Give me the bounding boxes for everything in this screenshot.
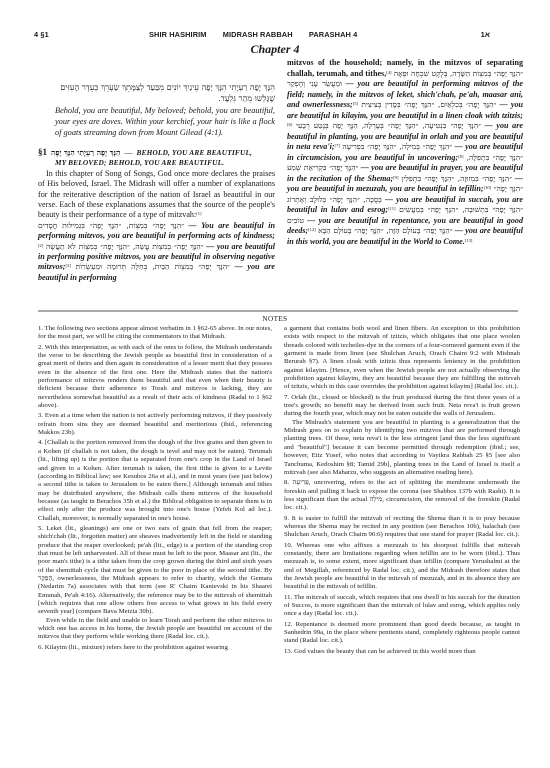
hebrew-phrase: ״הִנָּךְ יָפָה״ בְּמִצְוֹת עֲשֵׂה, ״הִנָ… (46, 242, 204, 251)
note-ref-2[interactable]: [2] (38, 243, 43, 248)
note-ref-7[interactable]: [7] (335, 143, 340, 148)
note-ref-10[interactable]: [10] (484, 185, 492, 190)
hebrew-phrase: ״הִנָּךְ יָפָה״ בְּמִצְוֹת, ״הִנָּךְ יָפ… (38, 221, 184, 230)
verse-english: Behold, you are beautiful, My beloved; b… (55, 105, 275, 138)
note-ref-12[interactable]: [12] (308, 227, 316, 232)
note-7-continued: The Midrash's statement you are beautifu… (284, 419, 520, 477)
note-ref-9[interactable]: [9] (393, 175, 398, 180)
note-3: 3. Even at a time when the nation is not… (38, 412, 272, 437)
section-intro-text: In this chapter of Song of Songs, God on… (38, 169, 275, 220)
note-5-continued: Even while in the field and unable to le… (38, 617, 272, 642)
note-6-continued: a garment that contains both wool and li… (284, 325, 520, 392)
note-ref-11[interactable]: [11] (388, 206, 395, 211)
note-ref-3[interactable]: [3] (65, 263, 70, 268)
header-section-ref: 4 §1 (34, 30, 49, 39)
chapter-title: Chapter 4 (0, 42, 550, 57)
note-8: 8. פְּרִיעָה, uncovering, refers to the … (284, 479, 520, 512)
section-1: §1 הִנָּךְ יָפָה רַעְיָתִי הִנָּךְ יָפָה… (38, 147, 275, 283)
notes-right-column: a garment that contains both wool and li… (284, 325, 520, 658)
section-lemma-hebrew: הִנָּךְ יָפָה רַעְיָתִי הִנָּךְ יָפָה (51, 148, 120, 158)
note-9: 9. It is easier to fulfill the mitzvah o… (284, 515, 520, 540)
note-ref-8[interactable]: [8] (458, 154, 463, 159)
note-ref-4[interactable]: [4] (386, 70, 391, 75)
note-4: 4. [Challah is the portion removed from … (38, 439, 272, 522)
section-lemma-translation-cont: MY BELOVED; BEHOLD, YOU ARE BEAUTIFUL. (55, 158, 275, 168)
note-12: 12. Repentance is deemed more prominent … (284, 621, 520, 646)
notes-divider (38, 310, 518, 312)
note-7: 7. Orlah (lit., closed or blocked) is th… (284, 394, 520, 419)
section-heading: §1 הִנָּךְ יָפָה רַעְיָתִי הִנָּךְ יָפָה… (38, 147, 275, 158)
verse-hebrew: הִנָּךְ יָפָה רַעְיָתִי הִנָּךְ יָפָה עֵ… (55, 82, 275, 104)
section-lemma-translation: BEHOLD, YOU ARE BEAUTIFUL, (136, 148, 252, 158)
note-ref-13[interactable]: [13] (465, 238, 473, 243)
section-dash: — (124, 148, 132, 158)
note-6: 6. Kilayim (lit., mixture) refers here t… (38, 644, 272, 652)
header-book: SHIR HASHIRIM (149, 30, 207, 39)
note-1: 1. The following two sections appear alm… (38, 325, 272, 342)
note-10: 10. Whereas one who affixes a mezuzah to… (284, 542, 520, 592)
header-title: SHIR HASHIRIM MIDRASH RABBAH PARASHAH 4 (149, 30, 371, 39)
hebrew-phrase: ״הִנָּךְ יָפָה״ בְּמִצְוֹת הַבַּיִת, בְּ… (75, 262, 229, 271)
note-11: 11. The mitzvah of succah, which require… (284, 594, 520, 619)
hebrew-phrase: ״הִנָּךְ יָפָה״ בְּמִילָה, ״הִנָּךְ יָפָ… (342, 142, 452, 151)
note-ref-1[interactable]: [1] (196, 211, 201, 216)
hebrew-phrase: ״הִנָּךְ יָפָה״ בָּעוֹלָם הַזֶּה, ״הִנָּ… (318, 226, 452, 235)
section-number: §1 (38, 147, 47, 157)
header-folio: 1א (481, 30, 490, 39)
note-2: 2. With this interpretation, as with eac… (38, 344, 272, 411)
section-intro: In this chapter of Song of Songs, God on… (38, 169, 275, 221)
note-ref-5[interactable]: [5] (353, 101, 358, 106)
note-ref-6[interactable]: [6] (287, 122, 292, 127)
notes-heading: NOTES (0, 315, 550, 323)
header-parashah: PARASHAH 4 (309, 30, 358, 39)
notes-left-column: 1. The following two sections appear alm… (38, 325, 272, 654)
verse-block: הִנָּךְ יָפָה רַעְיָתִי הִנָּךְ יָפָה עֵ… (55, 82, 275, 138)
note-13: 13. God values the beauty that can be ac… (284, 648, 520, 656)
hebrew-phrase: ״הִנָּךְ יָפָה״ בִּנְטִיעָה, ״הִנָּךְ יָ… (296, 121, 481, 130)
main-text-right-column: mitzvos of the household; namely, in the… (287, 58, 523, 247)
note-5: 5. Leket (lit., gleanings) are one or tw… (38, 525, 272, 617)
hebrew-phrase: ״הִנָּךְ יָפָה״ בִּמְזוּזָה, ״הִנָּךְ יָ… (401, 174, 512, 183)
document-page: 4 §1 SHIR HASHIRIM MIDRASH RABBAH PARASH… (0, 0, 550, 768)
hebrew-phrase: ״הִנָּךְ יָפָה״ בְּכִלְאַיִם, ״הִנָּךְ י… (361, 100, 496, 109)
main-text-left-column: הִנָּךְ יָפָה רַעְיָתִי הִנָּךְ יָפָה עֵ… (38, 82, 275, 283)
header-work: MIDRASH RABBAH (223, 30, 293, 39)
main-text-left-body: ״הִנָּךְ יָפָה״ בְּמִצְוֹת, ״הִנָּךְ יָפ… (38, 221, 275, 283)
